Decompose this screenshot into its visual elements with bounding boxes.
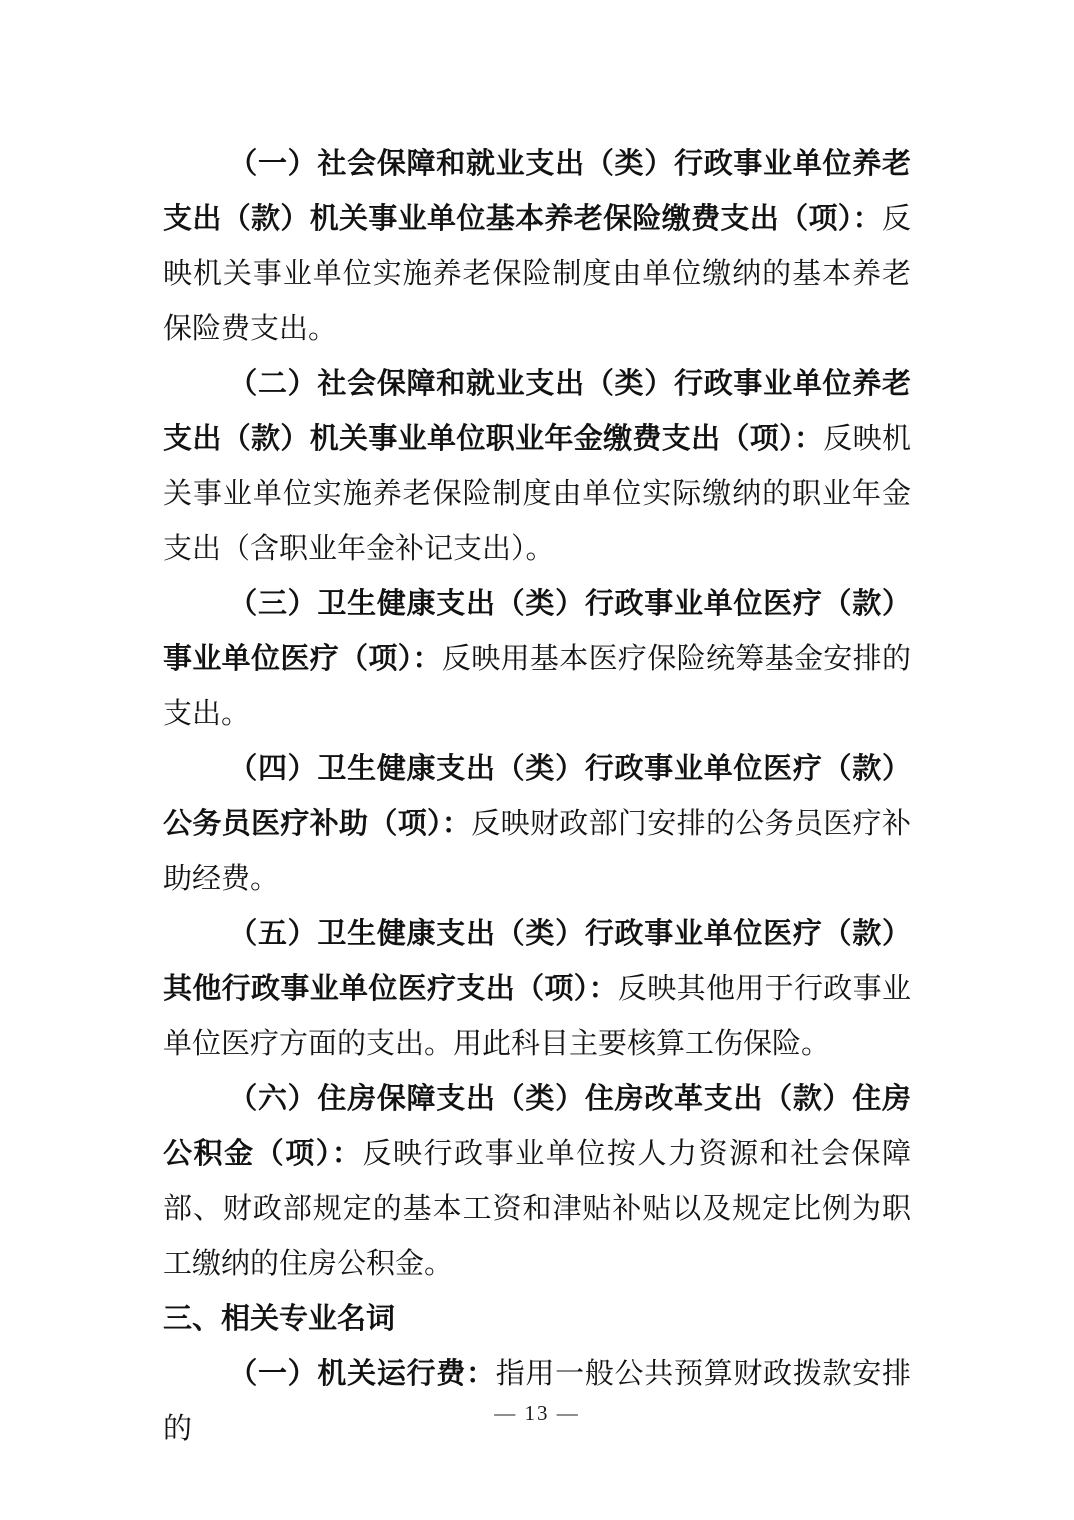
expenditure-item-2-title: （二）社会保障和就业支出（类）行政事业单位养老支出（款）机关事业单位职业年金缴费…: [163, 368, 911, 455]
expenditure-item-1-title: （一）社会保障和就业支出（类）行政事业单位养老支出（款）机关事业单位基本养老保险…: [163, 148, 911, 235]
section-heading: 三、相关专业名词: [163, 1292, 911, 1347]
expenditure-item-2: （二）社会保障和就业支出（类）行政事业单位养老支出（款）机关事业单位职业年金缴费…: [163, 357, 911, 577]
expenditure-item-3: （三）卫生健康支出（类）行政事业单位医疗（款）事业单位医疗（项）：反映用基本医疗…: [163, 577, 911, 742]
page-footer: — 13 —: [0, 1398, 1074, 1428]
document-page: （一）社会保障和就业支出（类）行政事业单位养老支出（款）机关事业单位基本养老保险…: [0, 0, 1074, 1520]
expenditure-item-4: （四）卫生健康支出（类）行政事业单位医疗（款）公务员医疗补助（项）：反映财政部门…: [163, 742, 911, 907]
expenditure-item-1: （一）社会保障和就业支出（类）行政事业单位养老支出（款）机关事业单位基本养老保险…: [163, 137, 911, 357]
expenditure-item-5: （五）卫生健康支出（类）行政事业单位医疗（款）其他行政事业单位医疗支出（项）：反…: [163, 907, 911, 1072]
term-definition-1-title: （一）机关运行费：: [228, 1358, 495, 1390]
page-number: — 13 —: [494, 1401, 580, 1425]
expenditure-item-6: （六）住房保障支出（类）住房改革支出（款）住房公积金（项）：反映行政事业单位按人…: [163, 1072, 911, 1292]
document-body: （一）社会保障和就业支出（类）行政事业单位养老支出（款）机关事业单位基本养老保险…: [163, 137, 911, 1457]
